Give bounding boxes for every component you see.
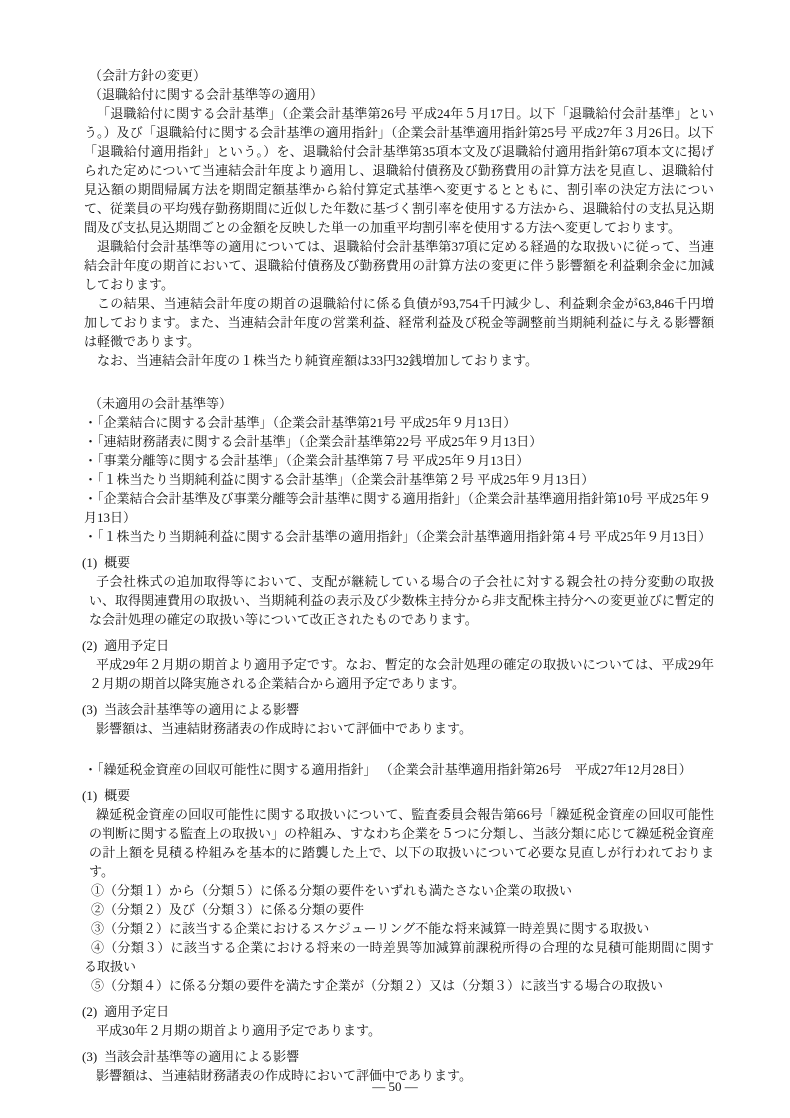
paragraph-retirement-benefit-2: 退職給付会計基準等の適用については、退職給付会計基準第37項に定める経過的な取扱… <box>84 237 714 294</box>
section-unapplied-application-date: (2)適用予定日 平成29年２月期の期首より適用予定です。なお、暫定的な会計処理… <box>84 636 714 693</box>
list-item-text: 「繰延税金資産の回収可能性に関する適用指針」 （企業会計基準適用指針第26号 平… <box>97 762 692 777</box>
page-number: ― 50 ― <box>0 1077 790 1096</box>
section-number: (2) <box>82 636 97 655</box>
list-item-text: 「企業結合に関する会計基準」（企業会計基準第21号 平成25年９月13日） <box>97 415 516 430</box>
section-number: (2) <box>82 1002 97 1021</box>
section-title: 適用予定日 <box>104 638 169 653</box>
section-title: 概要 <box>104 788 130 803</box>
subheading-retirement-benefit-standard: （退職給付に関する会計基準等の適用） <box>84 85 714 104</box>
paragraph-retirement-benefit-3: この結果、当連結会計年度の期首の退職給付に係る負債が93,754千円減少し、利益… <box>84 294 714 351</box>
section-heading: (3)当該会計基準等の適用による影響 <box>82 700 714 719</box>
bullet-icon: ・ <box>84 491 97 506</box>
bullet-icon: ・ <box>84 434 97 449</box>
list-item-text: 「企業結合会計基準及び事業分離等会計基準に関する適用指針」（企業会計基準適用指針… <box>84 491 711 525</box>
page-content: （会計方針の変更） （退職給付に関する会計基準等の適用） 「退職給付に関する会計… <box>84 66 714 1085</box>
section-number: (1) <box>82 786 97 805</box>
section-number: (1) <box>82 553 97 572</box>
heading-unapplied-standards: （未適用の会計基準等） <box>84 394 714 413</box>
section-title: 当該会計基準等の適用による影響 <box>104 1049 299 1064</box>
heading-accounting-policy-change: （会計方針の変更） <box>84 66 714 85</box>
section-body-text: 子会社株式の追加取得等において、支配が継続している場合の子会社に対する親会社の持… <box>89 572 714 629</box>
section-number: (3) <box>82 1047 97 1066</box>
classification-item-2: ②（分類２）及び（分類３）に係る分類の要件 <box>84 900 714 919</box>
paragraph-retirement-benefit-1: 「退職給付に関する会計基準」（企業会計基準第26号 平成24年５月17日。以下「… <box>84 104 714 237</box>
paragraph-retirement-benefit-4: なお、当連結会計年度の１株当たり純資産額は33円32銭増加しております。 <box>84 351 714 370</box>
list-item-standard-2: ・「連結財務諸表に関する会計基準」（企業会計基準第22号 平成25年９月13日） <box>84 432 714 451</box>
section-body-text: 影響額は、当連結財務諸表の作成時において評価中であります。 <box>89 719 714 738</box>
list-item-standard-5: ・「企業結合会計基準及び事業分離等会計基準に関する適用指針」（企業会計基準適用指… <box>84 489 714 527</box>
section-heading: (2)適用予定日 <box>82 1002 714 1021</box>
section-body-text: 繰延税金資産の回収可能性に関する取扱いについて、監査委員会報告第66号「繰延税金… <box>89 805 714 881</box>
section-heading: (3)当該会計基準等の適用による影響 <box>82 1047 714 1066</box>
section-title: 適用予定日 <box>104 1004 169 1019</box>
classification-item-3: ③（分類２）に該当する企業におけるスケジューリング不能な将来減算一時差異に関する… <box>84 919 714 938</box>
classification-item-4: ④（分類３）に該当する企業における将来の一時差異等加減算前課税所得の合理的な見積… <box>84 938 714 976</box>
list-item-standard-1: ・「企業結合に関する会計基準」（企業会計基準第21号 平成25年９月13日） <box>84 413 714 432</box>
list-item-text: 「事業分離等に関する会計基準」（企業会計基準第７号 平成25年９月13日） <box>97 453 529 468</box>
list-item-standard-4: ・「１株当たり当期純利益に関する会計基準」（企業会計基準第２号 平成25年９月1… <box>84 470 714 489</box>
bullet-icon: ・ <box>84 762 97 777</box>
list-item-deferred-tax-guidance: ・「繰延税金資産の回収可能性に関する適用指針」 （企業会計基準適用指針第26号 … <box>84 760 714 779</box>
section-title: 当該会計基準等の適用による影響 <box>104 702 299 717</box>
bullet-icon: ・ <box>84 415 97 430</box>
bullet-icon: ・ <box>84 529 97 544</box>
list-item-standard-3: ・「事業分離等に関する会計基準」（企業会計基準第７号 平成25年９月13日） <box>84 451 714 470</box>
document-page: （会計方針の変更） （退職給付に関する会計基準等の適用） 「退職給付に関する会計… <box>0 0 790 1118</box>
section-deferred-tax-application-date: (2)適用予定日 平成30年２月期の期首より適用予定であります。 <box>84 1002 714 1040</box>
section-title: 概要 <box>104 555 130 570</box>
section-body-text: 平成30年２月期の期首より適用予定であります。 <box>89 1021 714 1040</box>
section-unapplied-overview: (1)概要 子会社株式の追加取得等において、支配が継続している場合の子会社に対す… <box>84 553 714 629</box>
list-item-text: 「１株当たり当期純利益に関する会計基準の適用指針」（企業会計基準適用指針第４号 … <box>97 529 711 544</box>
list-item-text: 「連結財務諸表に関する会計基準」（企業会計基準第22号 平成25年９月13日） <box>97 434 542 449</box>
classification-item-5: ⑤（分類４）に係る分類の要件を満たす企業が（分類２）又は（分類３）に該当する場合… <box>84 976 714 995</box>
section-body-text: 平成29年２月期の期首より適用予定です。なお、暫定的な会計処理の確定の取扱いにつ… <box>89 655 714 693</box>
classification-item-1: ①（分類１）から（分類５）に係る分類の要件をいずれも満たさない企業の取扱い <box>84 881 714 900</box>
section-heading: (2)適用予定日 <box>82 636 714 655</box>
section-unapplied-impact: (3)当該会計基準等の適用による影響 影響額は、当連結財務諸表の作成時において評… <box>84 700 714 738</box>
section-heading: (1)概要 <box>82 786 714 805</box>
list-item-standard-6: ・「１株当たり当期純利益に関する会計基準の適用指針」（企業会計基準適用指針第４号… <box>84 527 714 546</box>
list-item-text: 「１株当たり当期純利益に関する会計基準」（企業会計基準第２号 平成25年９月13… <box>97 472 594 487</box>
section-number: (3) <box>82 700 97 719</box>
section-deferred-tax-overview: (1)概要 繰延税金資産の回収可能性に関する取扱いについて、監査委員会報告第66… <box>84 786 714 995</box>
bullet-icon: ・ <box>84 472 97 487</box>
section-heading: (1)概要 <box>82 553 714 572</box>
bullet-icon: ・ <box>84 453 97 468</box>
